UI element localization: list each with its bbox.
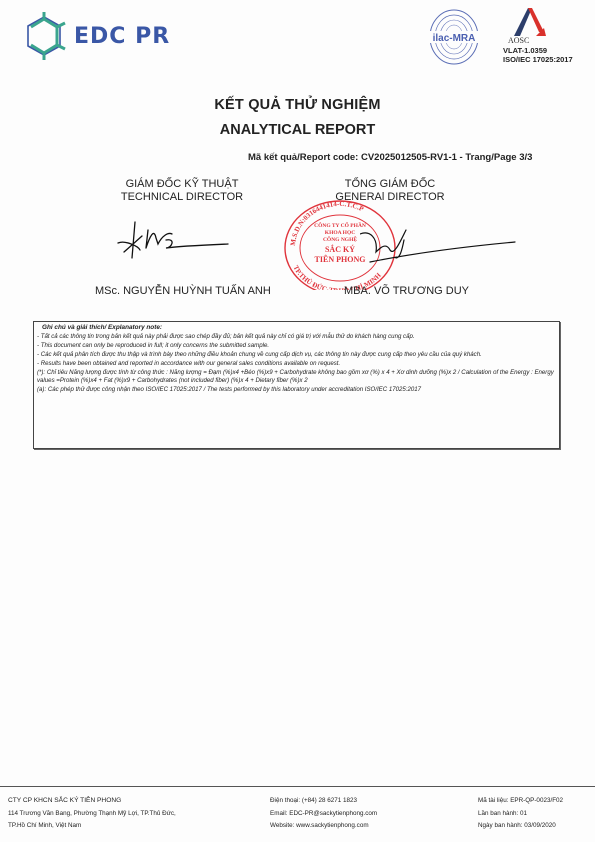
svg-text:ilac-MRA: ilac-MRA (433, 33, 476, 44)
footer-website[interactable]: Website: www.sackytienphong.com (270, 820, 377, 833)
note-line: - Tất cả các thông tin trong bản kết quả… (37, 333, 556, 342)
footer-divider (0, 786, 595, 787)
technical-director-signature (110, 218, 235, 263)
svg-text:CÔNG TY CỔ PHẦN: CÔNG TY CỔ PHẦN (314, 221, 366, 229)
aosc-logo: AOSC VLAT-1.0359 ISO/IEC 17025:2017 (496, 6, 586, 68)
footer-address-line2: TP.Hồ Chí Minh, Việt Nam (8, 820, 176, 833)
title-vi: KẾT QUẢ THỬ NGHIỆM (0, 97, 595, 113)
report-code: Mã kết quả/Report code: CV2025012505-RV1… (248, 152, 532, 163)
footer-document-info: Mã tài liệu: EPR-QP-0023/F02 Lần ban hàn… (478, 795, 563, 833)
technical-director-role: GIÁM ĐỐC KỸ THUẬT TECHNICAL DIRECTOR (92, 178, 272, 204)
notes-heading: Ghi chú và giải thích/ Explanatory note: (37, 324, 556, 333)
general-director-signature (360, 222, 520, 274)
accreditation-standard: ISO/IEC 17025:2017 (503, 55, 573, 64)
note-line: - Các kết quả phân tích được thu thập và… (37, 351, 556, 360)
logo-text: EDC PR (74, 24, 170, 49)
technical-director-name: MSc. NGUYỄN HUỲNH TUẤN ANH (95, 285, 271, 297)
svg-text:CÔNG NGHỆ: CÔNG NGHỆ (323, 235, 357, 243)
company-logo: EDC PR (18, 10, 188, 62)
footer-contact: Điện thoại: (+84) 28 6271 1823 Email: ED… (270, 795, 377, 833)
footer-phone: Điện thoại: (+84) 28 6271 1823 (270, 795, 377, 808)
footer-issue-no: Lần ban hành: 01 (478, 808, 563, 821)
svg-text:SẮC KÝ: SẮC KÝ (325, 244, 355, 254)
footer-doc-code: Mã tài liệu: EPR-QP-0023/F02 (478, 795, 563, 808)
note-line: (a): Các phép thử được công nhận theo IS… (37, 386, 556, 395)
general-director-name: MBA. VÕ TRƯƠNG DUY (344, 285, 469, 297)
note-line: (*): Chỉ tiêu Năng lượng được tính từ cô… (37, 369, 556, 387)
note-line: - This document can only be reproduced i… (37, 342, 556, 351)
footer-email[interactable]: Email: EDC-PR@sackytienphong.com (270, 808, 377, 821)
svg-text:KHOA HỌC: KHOA HỌC (325, 230, 355, 236)
aosc-label: AOSC (508, 36, 529, 45)
footer-company-name: CTY CP KHCN SẮC KÝ TIÊN PHONG (8, 795, 176, 808)
accreditation-code: VLAT-1.0359 (503, 46, 573, 55)
svg-text:TIÊN PHONG: TIÊN PHONG (315, 254, 366, 264)
title-en: ANALYTICAL REPORT (0, 122, 595, 138)
footer-issue-date: Ngày ban hành: 03/09/2020 (478, 820, 563, 833)
footer-address-line1: 114 Trương Văn Bang, Phường Thạnh Mỹ Lợi… (8, 808, 176, 821)
hexagon-molecule-icon (18, 10, 70, 62)
explanatory-notes: Ghi chú và giải thích/ Explanatory note:… (33, 321, 560, 449)
footer-company-info: CTY CP KHCN SẮC KÝ TIÊN PHONG 114 Trương… (8, 795, 176, 833)
ilac-mra-logo: ilac-MRA (428, 8, 480, 66)
note-line: - Results have been obtained and reporte… (37, 360, 556, 369)
